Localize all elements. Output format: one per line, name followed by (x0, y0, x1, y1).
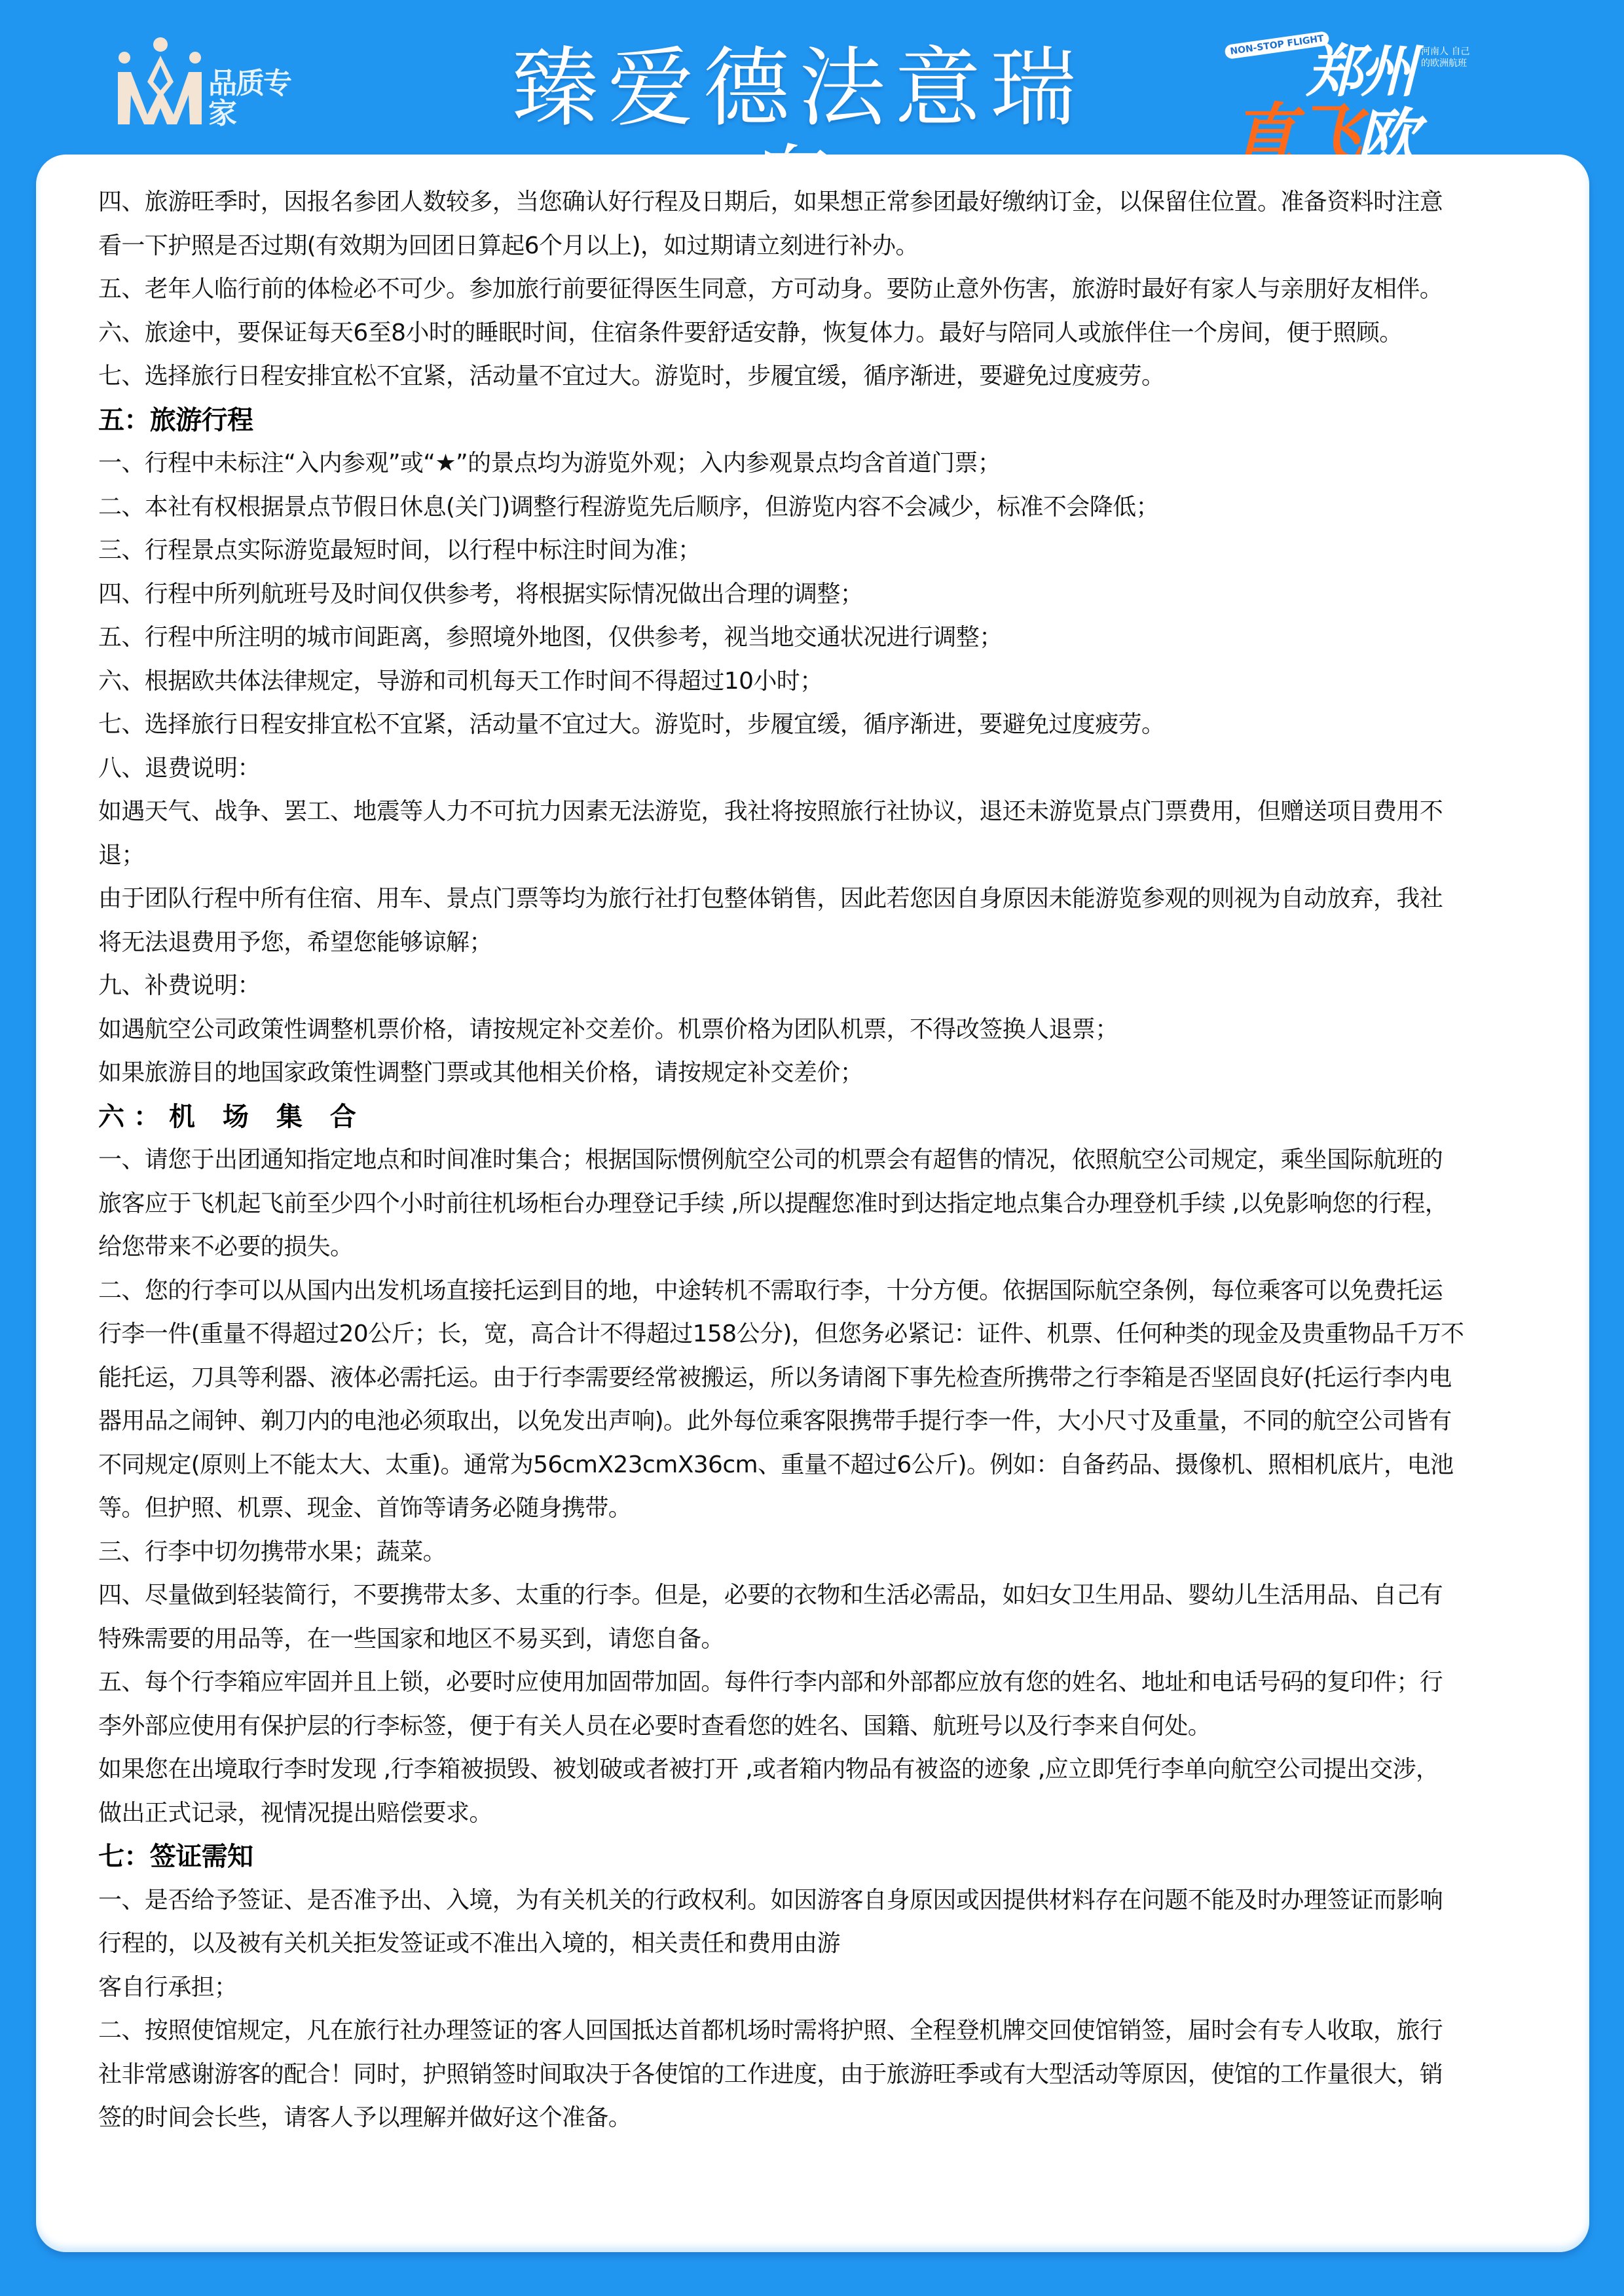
text-line: 行李一件(重量不得超过20公斤；长，宽，高合计不得超过158公分)，但您务必紧记… (98, 1313, 1545, 1357)
text-line: 五、行程中所注明的城市间距离，参照境外地图，仅供参考，视当地交通状况进行调整； (98, 616, 1545, 660)
brand-logo-text: 品质专家 (208, 69, 301, 129)
text-line: 二、本社有权根据景点节假日休息(关门)调整行程游览先后顺序，但游览内容不会减少，… (98, 486, 1545, 530)
text-line: 签的时间会长些，请客人予以理解并做好这个准备。 (98, 2096, 1545, 2140)
text-line: 器用品之闹钟、剃刀内的电池必须取出，以免发出声响)。此外每位乘客限携带手提行李一… (98, 1400, 1545, 1444)
text-line: 旅客应于飞机起飞前至少四个小时前往机场柜台办理登记手续 ,所以提醒您准时到达指定… (98, 1182, 1545, 1226)
text-line: 三、行李中切勿携带水果；蔬菜。 (98, 1531, 1545, 1575)
document-body: 四、旅游旺季时，因报名参团人数较多，当您确认好行程及日期后，如果想正常参团最好缴… (98, 181, 1545, 2140)
text-line: 四、尽量做到轻装简行，不要携带太多、太重的行李。但是，必要的衣物和生活必需品，如… (98, 1574, 1545, 1618)
text-line: 如遇航空公司政策性调整机票价格，请按规定补交差价。机票价格为团队机票，不得改签换… (98, 1008, 1545, 1052)
text-line: 一、是否给予签证、是否准予出、入境，为有关机关的行政权利。如因游客自身原因或因提… (98, 1879, 1545, 1923)
text-line: 五、每个行李箱应牢固并且上锁，必要时应使用加固带加固。每件行李内部和外部都应放有… (98, 1661, 1545, 1705)
text-line: 客自行承担； (98, 1966, 1545, 2010)
text-line: 六、旅途中，要保证每天6至8小时的睡眠时间，住宿条件要舒适安静，恢复体力。最好与… (98, 312, 1545, 355)
text-line: 一、请您于出团通知指定地点和时间准时集合；根据国际惯例航空公司的机票会有超售的情… (98, 1139, 1545, 1182)
campaign-logo: NON-STOP FLIGHT 郑州 河南人 自己的欧洲航班 直飞 欧洲 (1225, 26, 1473, 157)
text-line: 给您带来不必要的损失。 (98, 1226, 1545, 1269)
text-line: 六、根据欧共体法律规定，导游和司机每天工作时间不得超过10小时； (98, 660, 1545, 704)
text-line: 能托运，刀具等利器、液体必需托运。由于行李需要经常被搬运，所以务请阁下事先检查所… (98, 1357, 1545, 1400)
text-line: 三、行程景点实际游览最短时间，以行程中标注时间为准； (98, 529, 1545, 573)
text-line: 看一下护照是否过期(有效期为回团日算起6个月以上)，如过期请立刻进行补办。 (98, 225, 1545, 268)
text-line: 四、行程中所列航班号及时间仅供参考，将根据实际情况做出合理的调整； (98, 573, 1545, 617)
campaign-side-text: 河南人 自己的欧洲航班 (1421, 46, 1473, 69)
text-line: 如果旅游目的地国家政策性调整门票或其他相关价格，请按规定补交差价； (98, 1051, 1545, 1095)
text-line: 退； (98, 834, 1545, 878)
crown-logo-icon (111, 33, 210, 131)
text-line: 九、补费说明： (98, 964, 1545, 1008)
text-line: 如果您在出境取行李时发现 ,行李箱被损毁、被划破或者被打开 ,或者箱内物品有被盗… (98, 1748, 1545, 1792)
text-line: 一、行程中未标注“入内参观”或“★”的景点均为游览外观；入内参观景点均含首道门票… (98, 442, 1545, 486)
text-line: 李外部应使用有保护层的行李标签，便于有关人员在必要时查看您的姓名、国籍、航班号以… (98, 1705, 1545, 1749)
text-line: 七、选择旅行日程安排宜松不宜紧，活动量不宜过大。游览时，步履宜缓，循序渐进，要避… (98, 703, 1545, 747)
text-line: 二、按照使馆规定，凡在旅行社办理签证的客人回国抵达首都机场时需将护照、全程登机牌… (98, 2009, 1545, 2053)
text-line: 五、老年人临行前的体检必不可少。参加旅行前要征得医生同意，方可动身。要防止意外伤… (98, 268, 1545, 312)
text-line: 四、旅游旺季时，因报名参团人数较多，当您确认好行程及日期后，如果想正常参团最好缴… (98, 181, 1545, 225)
text-line: 不同规定(原则上不能太大、太重)。通常为56cmX23cmX36cm、重量不超过… (98, 1444, 1545, 1487)
brand-logo: 品质专家 (111, 33, 301, 131)
section-heading: 七：签证需知 (98, 1835, 1545, 1879)
text-line: 如遇天气、战争、罢工、地震等人力不可抗力因素无法游览，我社将按照旅行社协议，退还… (98, 790, 1545, 834)
text-line: 由于团队行程中所有住宿、用车、景点门票等均为旅行社打包整体销售，因此若您因自身原… (98, 877, 1545, 921)
text-line: 八、退费说明： (98, 747, 1545, 791)
section-heading: 六：机 场 集 合 (98, 1095, 1545, 1139)
text-line: 特殊需要的用品等，在一些国家和地区不易买到，请您自备。 (98, 1618, 1545, 1662)
page-header: 品质专家 臻爱德法意瑞奥 NON-STOP FLIGHT 郑州 河南人 自己的欧… (0, 0, 1624, 154)
text-line: 二、您的行李可以从国内出发机场直接托运到目的地，中途转机不需取行李，十分方便。依… (98, 1269, 1545, 1313)
text-line: 七、选择旅行日程安排宜松不宜紧，活动量不宜过大。游览时，步履宜缓，循序渐进，要避… (98, 355, 1545, 399)
text-line: 做出正式记录，视情况提出赔偿要求。 (98, 1792, 1545, 1836)
text-line: 行程的，以及被有关机关拒发签证或不准出入境的，相关责任和费用由游 (98, 1922, 1545, 1966)
text-line: 将无法退费用予您，希望您能够谅解； (98, 921, 1545, 965)
section-heading: 五：旅游行程 (98, 399, 1545, 443)
text-line: 等。但护照、机票、现金、首饰等请务必随身携带。 (98, 1487, 1545, 1531)
text-line: 社非常感谢游客的配合！同时，护照销签时间取决于各使馆的工作进度，由于旅游旺季或有… (98, 2053, 1545, 2097)
content-card: 四、旅游旺季时，因报名参团人数较多，当您确认好行程及日期后，如果想正常参团最好缴… (36, 155, 1589, 2252)
